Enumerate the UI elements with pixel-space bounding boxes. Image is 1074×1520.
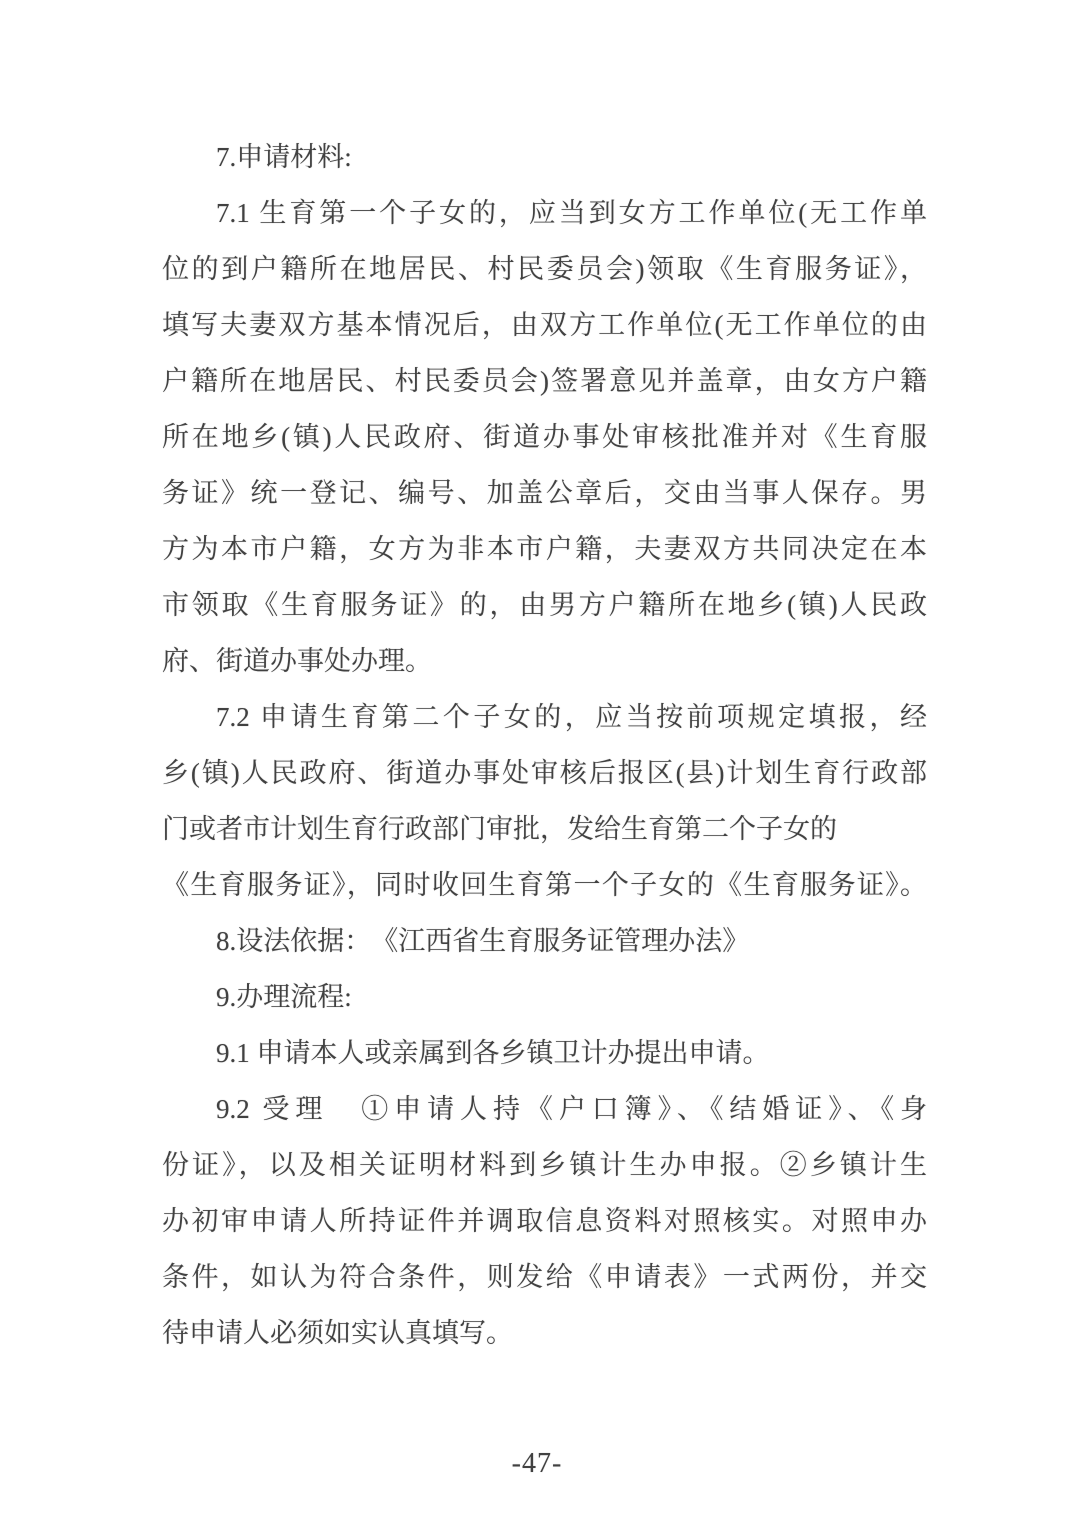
document-line: 门或者市计划生育行政部门审批，发给生育第二个子女的	[162, 801, 927, 857]
document-line: 8.设法依据： 《江西省生育服务证管理办法》	[162, 913, 927, 969]
document-line: 条件，如认为符合条件，则发给《申请表》一式两份，并交	[162, 1249, 927, 1305]
document-line: 份证》，以及相关证明材料到乡镇计生办申报。②乡镇计生	[162, 1137, 927, 1193]
document-line: 位的到户籍所在地居民、村民委员会)领取《生育服务证》，	[162, 241, 927, 297]
document-line: 填写夫妻双方基本情况后，由双方工作单位(无工作单位的由	[162, 297, 927, 353]
document-line: 7.申请材料:	[162, 129, 927, 185]
document-line: 9.2 受理 ①申请人持《户口簿》、《结婚证》、《身	[162, 1081, 927, 1137]
document-line: 户籍所在地居民、村民委员会)签署意见并盖章，由女方户籍	[162, 353, 927, 409]
document-line: 待申请人必须如实认真填写。	[162, 1305, 927, 1361]
document-line: 7.2 申请生育第二个子女的，应当按前项规定填报，经	[162, 689, 927, 745]
page-number: -47-	[0, 1448, 1074, 1480]
document-text-block: 7.申请材料: 7.1 生育第一个子女的，应当到女方工作单位(无工作单 位的到户…	[162, 129, 927, 1361]
document-line: 乡(镇)人民政府、街道办事处审核后报区(县)计划生育行政部	[162, 745, 927, 801]
document-line: 所在地乡(镇)人民政府、街道办事处审核批准并对《生育服	[162, 409, 927, 465]
document-line: 府、街道办事处办理。	[162, 633, 927, 689]
document-line: 市领取《生育服务证》的，由男方户籍所在地乡(镇)人民政	[162, 577, 927, 633]
document-line: 方为本市户籍，女方为非本市户籍，夫妻双方共同决定在本	[162, 521, 927, 577]
document-page: 7.申请材料: 7.1 生育第一个子女的，应当到女方工作单位(无工作单 位的到户…	[0, 0, 1074, 1520]
document-line: 务证》统一登记、编号、加盖公章后，交由当事人保存。男	[162, 465, 927, 521]
document-line: 9.1 申请本人或亲属到各乡镇卫计办提出申请。	[162, 1025, 927, 1081]
document-line: 9.办理流程:	[162, 969, 927, 1025]
document-line: 《生育服务证》，同时收回生育第一个子女的《生育服务证》。	[162, 857, 927, 913]
document-line: 办初审申请人所持证件并调取信息资料对照核实。对照申办	[162, 1193, 927, 1249]
document-line: 7.1 生育第一个子女的，应当到女方工作单位(无工作单	[162, 185, 927, 241]
